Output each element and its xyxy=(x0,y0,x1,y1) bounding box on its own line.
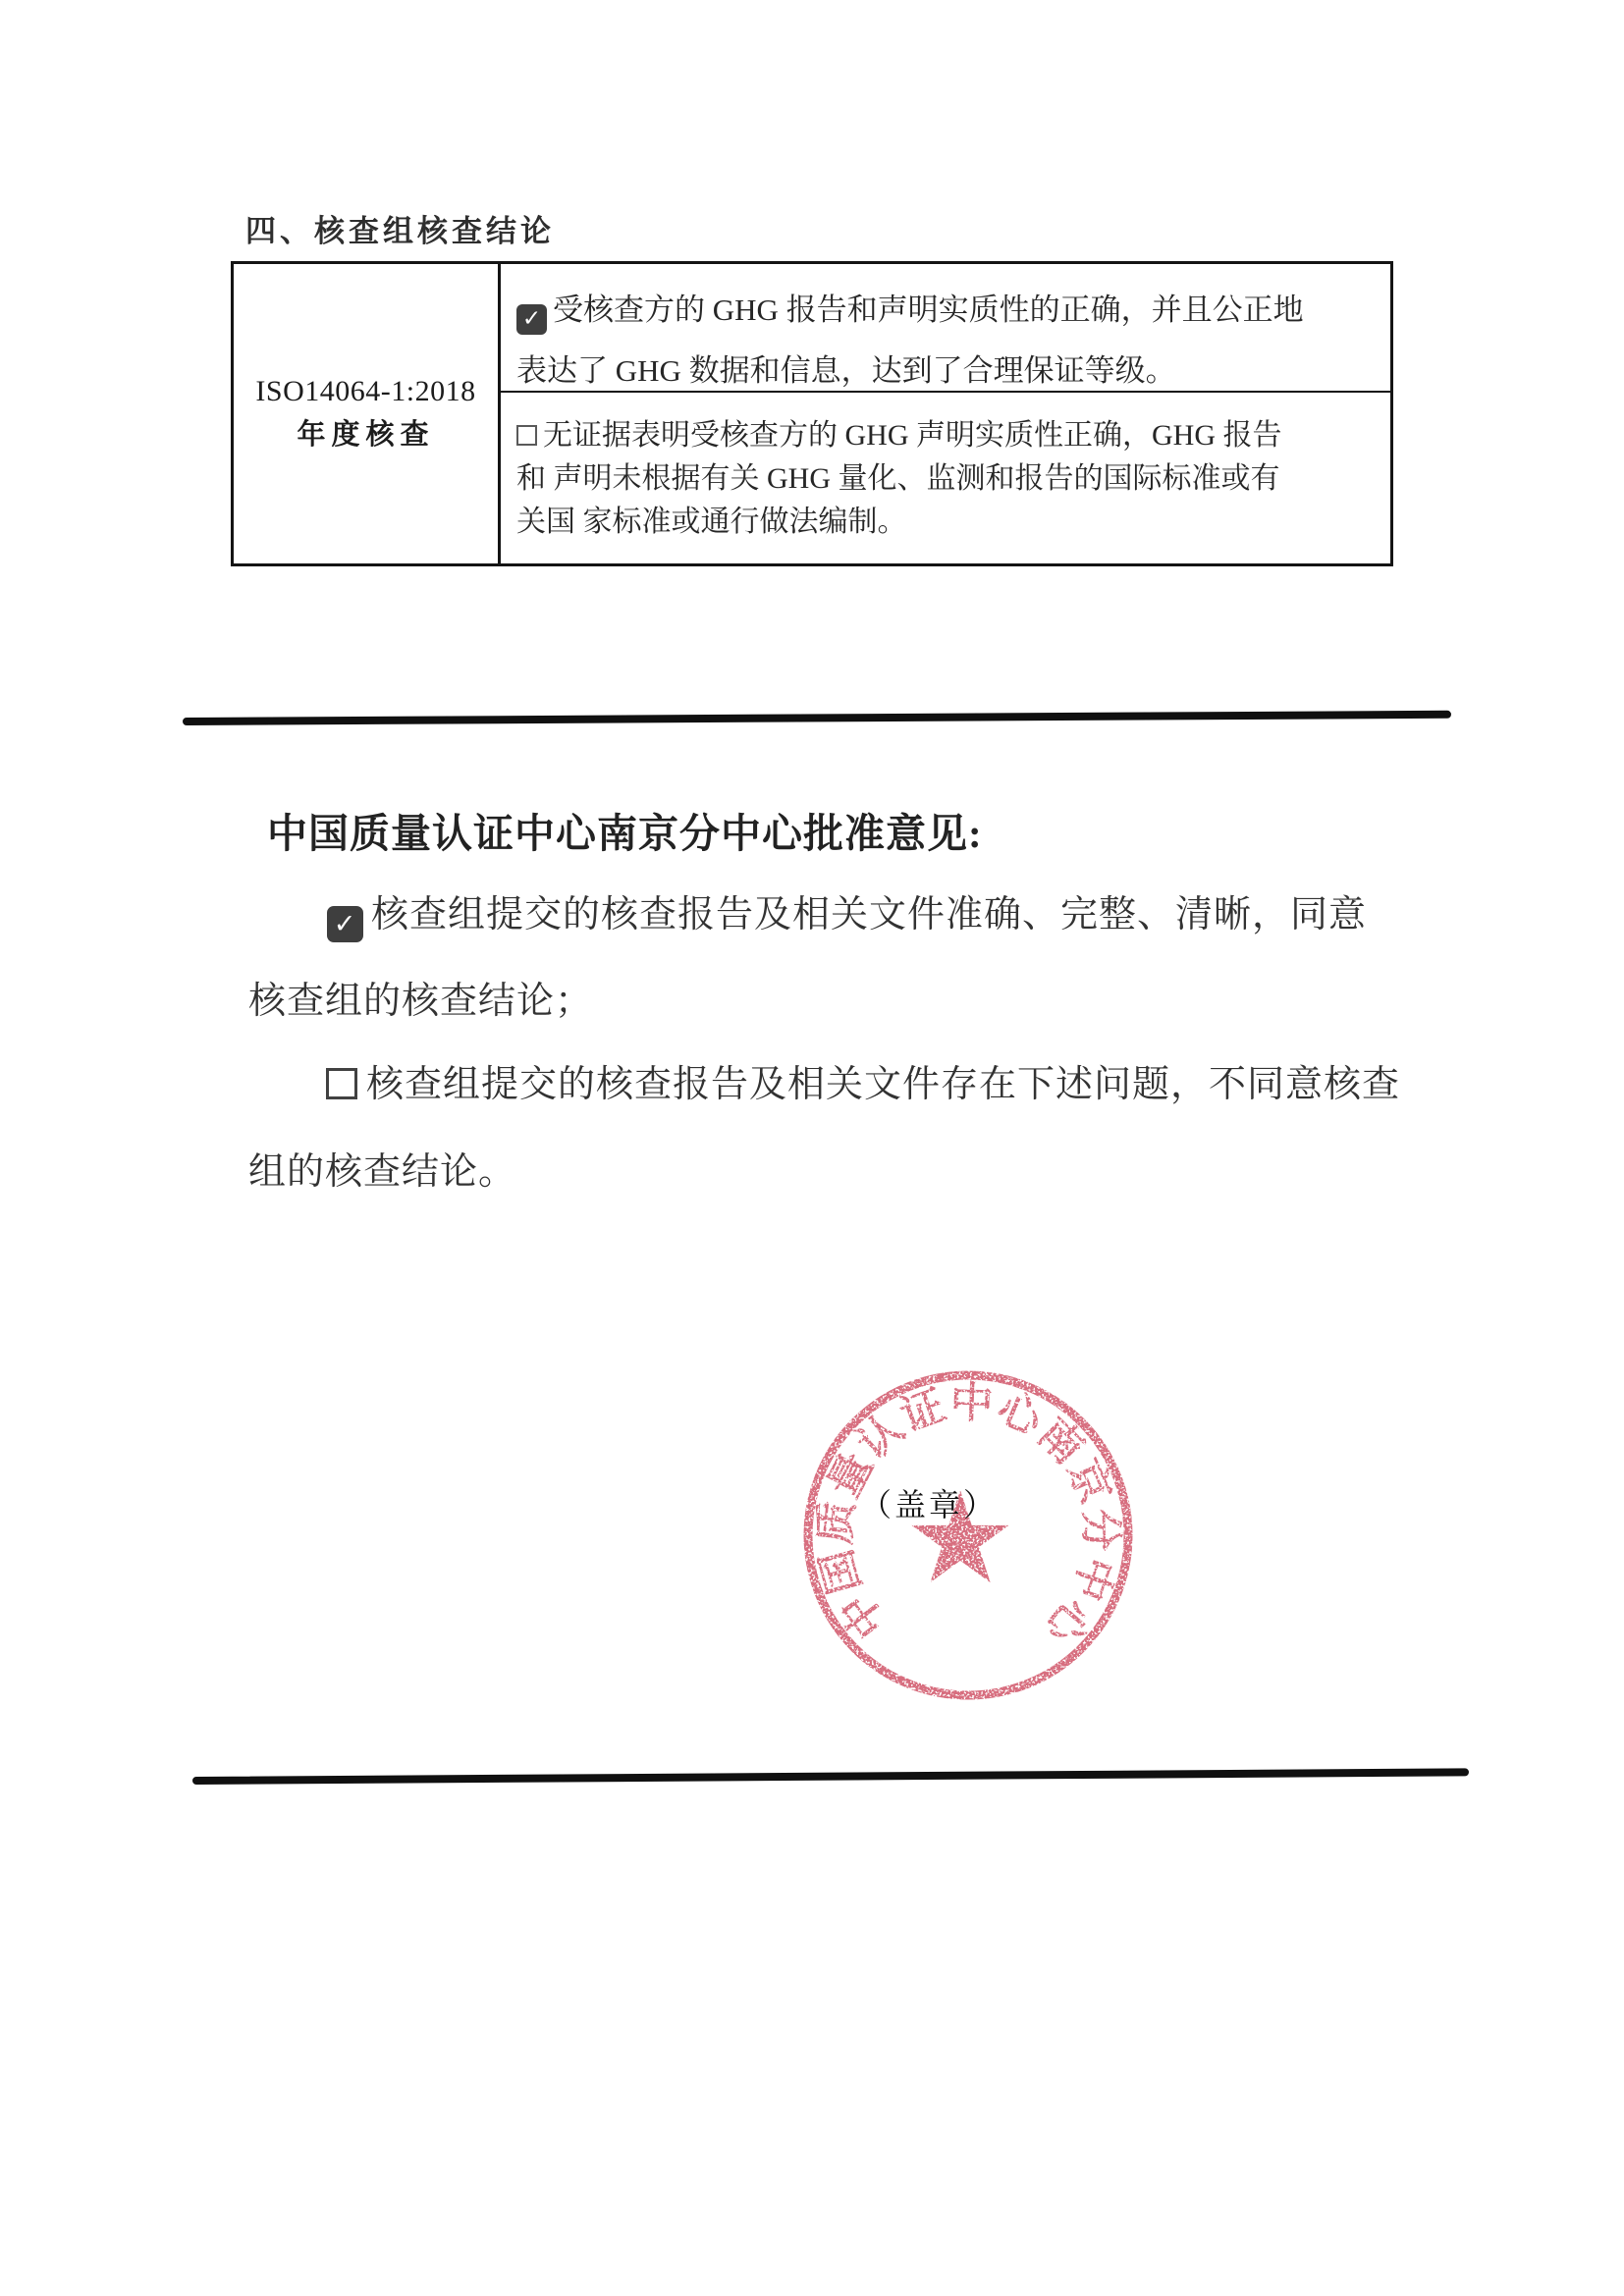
approval-heading: 中国质量认证中心南京分中心批准意见: xyxy=(267,801,983,859)
agree-line1-text: 核查组提交的核查报告及相关文件准确、完整、清晰，同意 xyxy=(371,894,1367,935)
negative-conclusion-line3: 关国 家标准或通行做法编制。 xyxy=(516,501,1377,544)
unchecked-checkbox[interactable] xyxy=(516,425,537,446)
disagree-option-line1: 核查组提交的核查报告及相关文件存在下述问题，不同意核查 xyxy=(326,1053,1400,1107)
verification-type: 年度核查 xyxy=(297,412,434,453)
negative-conclusion-cell: 无证据表明受核查方的 GHG 声明实质性正确，GHG 报告 和 声明未根据有关 … xyxy=(501,393,1390,563)
section-divider-rule-bottom xyxy=(192,1768,1469,1785)
agree-checked-checkbox[interactable]: ✓ xyxy=(327,906,363,942)
disagree-option-line2: 组的核查结论。 xyxy=(248,1141,516,1195)
positive-line1-text: 受核查方的 GHG 报告和声明实质性的正确，并且公正地 xyxy=(553,293,1304,327)
standard-name: ISO14064-1:2018 xyxy=(255,375,475,408)
section-divider-rule-top xyxy=(183,711,1451,725)
document-page: 四、核查组核查结论 ISO14064-1:2018 年度核查 ✓受核查方的 GH… xyxy=(0,0,1624,2296)
negative-conclusion-line2: 和 声明未根据有关 GHG 量化、监测和报告的国际标准或有 xyxy=(516,457,1377,501)
disagree-unchecked-checkbox[interactable] xyxy=(326,1068,357,1099)
disagree-line1-text: 核查组提交的核查报告及相关文件存在下述问题，不同意核查 xyxy=(366,1064,1400,1105)
checked-checkbox[interactable]: ✓ xyxy=(516,304,547,335)
section4-heading: 四、核查组核查结论 xyxy=(245,206,555,250)
negative-line1-text: 无证据表明受核查方的 GHG 声明实质性正确，GHG 报告 xyxy=(543,419,1282,452)
negative-conclusion-line1: 无证据表明受核查方的 GHG 声明实质性正确，GHG 报告 xyxy=(516,414,1377,457)
check-icon: ✓ xyxy=(334,909,357,939)
positive-conclusion-line1: ✓受核查方的 GHG 报告和声明实质性的正确，并且公正地 xyxy=(516,280,1377,341)
positive-conclusion-cell: ✓受核查方的 GHG 报告和声明实质性的正确，并且公正地 表达了 GHG 数据和… xyxy=(501,264,1390,393)
conclusion-table: ISO14064-1:2018 年度核查 ✓受核查方的 GHG 报告和声明实质性… xyxy=(231,261,1393,566)
company-seal-stamp: 中国质量认证中心南京分中心 xyxy=(791,1359,1145,1712)
standard-cell: ISO14064-1:2018 年度核查 xyxy=(234,264,501,563)
agree-option-line2: 核查组的核查结论； xyxy=(248,970,593,1024)
agree-option-line1: ✓核查组提交的核查报告及相关文件准确、完整、清晰，同意 xyxy=(327,883,1367,942)
stamp-here-note: （盖章） xyxy=(860,1480,998,1525)
